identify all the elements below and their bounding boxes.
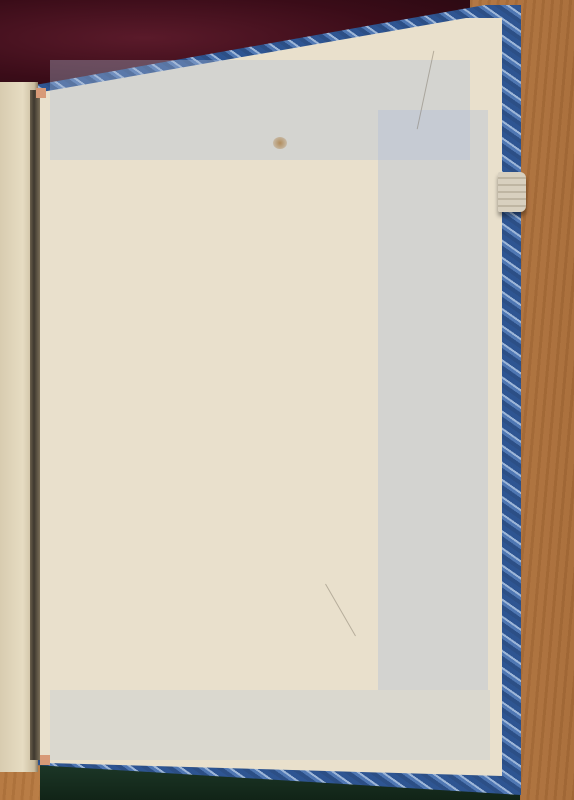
bookmark-ribbon: [498, 172, 526, 212]
offset-ghosting-right: [378, 110, 488, 690]
page-corner-bottom: [40, 755, 50, 765]
book-photo-scene: Photograph of an open antique book showi…: [0, 0, 574, 800]
foxing-spot: [273, 137, 287, 149]
page-corner-top: [36, 88, 46, 98]
offset-ghosting-bottom: [50, 690, 490, 760]
book-gutter: [30, 90, 40, 760]
